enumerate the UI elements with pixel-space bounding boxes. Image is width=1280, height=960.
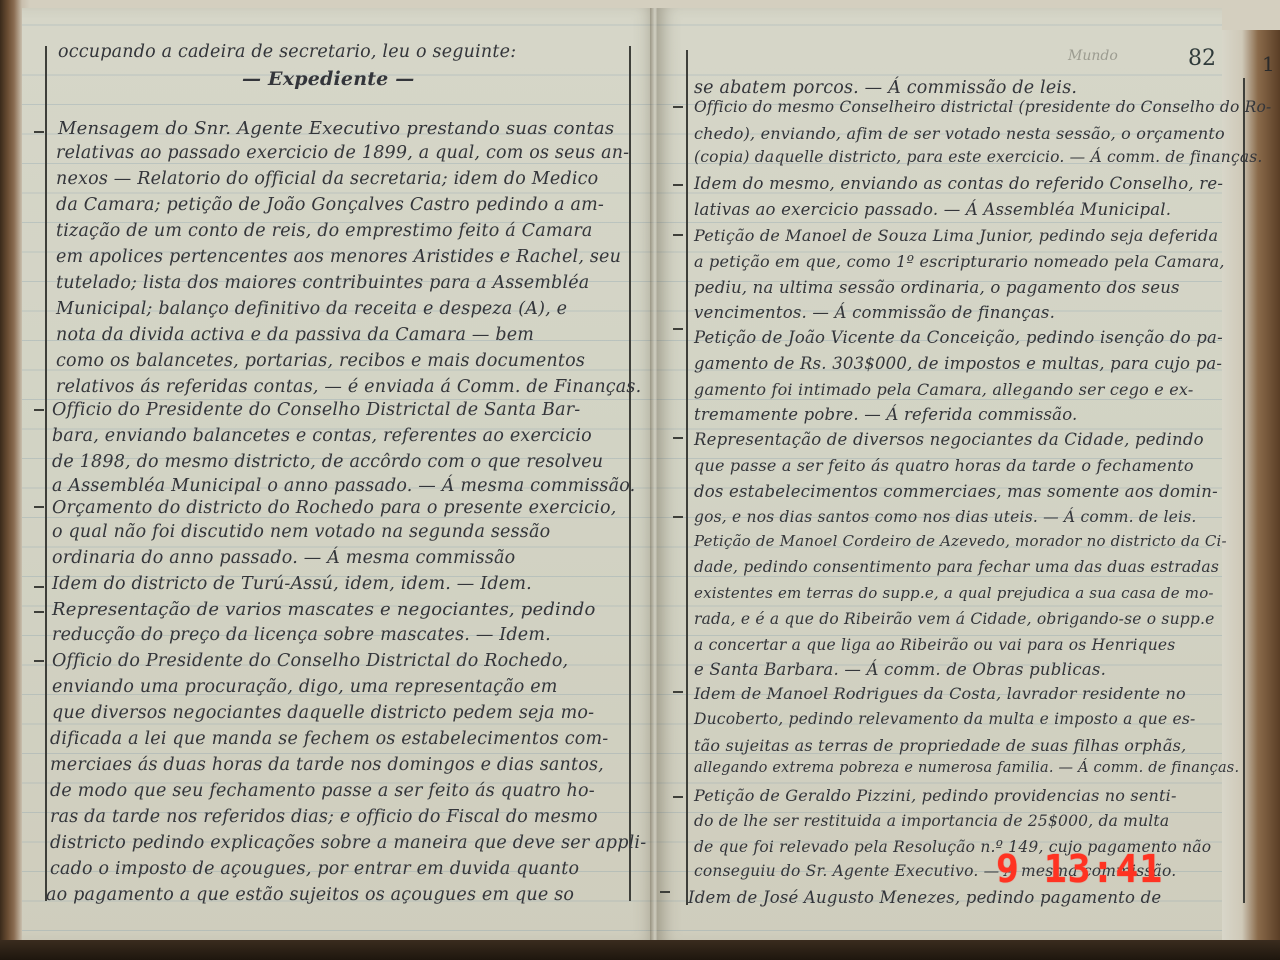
handwritten-line: cado o imposto de açougues, por entrar e…	[50, 859, 579, 879]
handwritten-line: gamento foi intimado pela Camara, allega…	[694, 380, 1193, 399]
handwritten-line: Officio do Presidente do Conselho Distri…	[52, 400, 580, 420]
handwritten-line: reducção do preço da licença sobre masca…	[52, 625, 551, 645]
left-margin-rule	[686, 50, 688, 905]
handwritten-line: enviando uma procuração, digo, uma repre…	[52, 677, 558, 697]
handwritten-line: Officio do Presidente do Conselho Distri…	[52, 651, 568, 671]
handwritten-line: Officio do mesmo Conselheiro districtal …	[694, 98, 1271, 116]
handwritten-line: existentes em terras do supp.e, a qual p…	[694, 584, 1214, 602]
handwritten-line: tão sujeitas as terras de propriedade de…	[694, 736, 1186, 755]
handwritten-line: dade, pedindo consentimento para fechar …	[694, 558, 1219, 576]
left-margin-rule	[45, 46, 47, 901]
handwritten-line: de modo que seu fechamento passe a ser f…	[50, 781, 595, 801]
entry-marker	[34, 611, 44, 613]
entry-marker	[34, 409, 44, 411]
handwritten-line: relativos ás referidas contas, — é envia…	[56, 377, 641, 397]
handwritten-line: Ducoberto, pedindo relevamento da multa …	[694, 710, 1195, 728]
handwritten-line: Representação de varios mascates e negoc…	[52, 599, 596, 620]
handwritten-line: rada, e é a que do Ribeirão vem á Cidade…	[694, 610, 1215, 628]
handwritten-line: tremamente pobre. — Á referida commissão…	[694, 405, 1078, 424]
handwritten-line: nota da divida activa e da passiva da Ca…	[56, 325, 534, 345]
handwritten-line: lativas ao exercicio passado. — Á Assemb…	[694, 200, 1171, 219]
handwritten-line: a Assembléa Municipal o anno passado. — …	[52, 476, 635, 496]
entry-marker	[34, 131, 44, 133]
handwritten-line: Municipal; balanço definitivo da receita…	[56, 299, 567, 319]
handwritten-line: bara, enviando balancetes e contas, refe…	[52, 426, 592, 446]
handwritten-line: a petição em que, como 1º escripturario …	[694, 252, 1225, 271]
handwritten-line: em apolices pertencentes aos menores Ari…	[56, 247, 621, 267]
open-ledger-book: Mundo 82 1 occupando a cadeira de secret…	[0, 0, 1280, 960]
handwritten-line: ras da tarde nos referidos dias; e offic…	[50, 807, 598, 827]
pencil-annotation: Mundo	[1068, 48, 1118, 64]
handwritten-line: ordinaria do anno passado. — Á mesma com…	[52, 548, 515, 568]
entry-marker	[673, 796, 683, 798]
entry-marker	[673, 691, 683, 693]
handwritten-line: Petição de Manoel Cordeiro de Azevedo, m…	[694, 532, 1227, 550]
handwritten-line: relativas ao passado exercicio de 1899, …	[56, 143, 629, 163]
entry-marker	[673, 437, 683, 439]
handwritten-line: ao pagamento a que estão sujeitos os aço…	[46, 885, 574, 905]
handwritten-line: que diversos negociantes daquelle distri…	[52, 703, 594, 723]
entry-marker	[673, 328, 683, 330]
handwritten-line: tutelado; lista dos maiores contribuinte…	[56, 273, 589, 293]
handwritten-line: Orçamento do districto do Rochedo para o…	[52, 498, 616, 518]
handwritten-line: Mensagem do Snr. Agente Executivo presta…	[58, 118, 614, 139]
page-edges	[1222, 30, 1280, 950]
entry-marker	[34, 660, 44, 662]
entry-marker	[660, 891, 670, 893]
handwritten-line: dos estabelecimentos commerciaes, mas so…	[694, 482, 1218, 501]
handwritten-line: e Santa Barbara. — Á comm. de Obras publ…	[694, 660, 1106, 679]
handwritten-line: Petição de Manoel de Souza Lima Junior, …	[694, 226, 1218, 245]
entry-marker	[34, 586, 44, 588]
entry-marker	[673, 234, 683, 236]
handwritten-line: Idem do districto de Turú-Assú, idem, id…	[52, 574, 532, 594]
handwritten-line: o qual não foi discutido nem votado na s…	[52, 522, 550, 542]
handwritten-line: tização de um conto de reis, do empresti…	[56, 221, 593, 241]
entry-marker	[34, 506, 44, 508]
entry-marker	[673, 184, 683, 186]
handwritten-line: (copia) daquelle districto, para este ex…	[694, 148, 1263, 166]
handwritten-line: merciaes ás duas horas da tarde nos domi…	[50, 755, 604, 775]
handwritten-line: Idem do mesmo, enviando as contas do ref…	[694, 174, 1223, 193]
right-margin-rule	[629, 46, 631, 901]
handwritten-line: Petição de Geraldo Pizzini, pedindo prov…	[694, 786, 1177, 805]
handwritten-line: se abatem porcos. — Á commissão de leis.	[694, 78, 1077, 98]
next-leaf-number: 1	[1262, 52, 1275, 76]
handwritten-line: gos, e nos dias santos como nos dias ute…	[694, 508, 1197, 526]
handwritten-line: dificada a lei que manda se fechem os es…	[50, 729, 608, 749]
handwritten-line: da Camara; petição de João Gonçalves Cas…	[56, 195, 604, 215]
handwritten-line: de 1898, do mesmo districto, de accôrdo …	[52, 452, 603, 472]
camera-timestamp-overlay: 9 13:41	[996, 847, 1163, 891]
handwritten-line: que passe a ser feito ás quatro horas da…	[694, 456, 1194, 475]
book-bottom-edge	[0, 940, 1280, 960]
page-number: 82	[1188, 46, 1216, 71]
handwritten-line: vencimentos. — Á commissão de finanças.	[694, 303, 1055, 322]
section-heading: — Expediente —	[242, 68, 414, 90]
handwritten-line: como os balancetes, portarias, recibos e…	[56, 351, 585, 371]
handwritten-line: Representação de diversos negociantes da…	[694, 430, 1204, 449]
handwritten-line: pediu, na ultima sessão ordinaria, o pag…	[694, 278, 1180, 297]
handwritten-line: a concertar a que liga ao Ribeirão ou va…	[694, 636, 1175, 654]
handwritten-line: nexos — Relatorio do official da secreta…	[56, 169, 598, 189]
handwritten-line: allegando extrema pobreza e numerosa fam…	[694, 760, 1239, 776]
handwritten-line: Idem de Manoel Rodrigues da Costa, lavra…	[694, 684, 1186, 703]
right-margin-rule	[1243, 78, 1245, 903]
handwritten-line: occupando a cadeira de secretario, leu o…	[58, 42, 516, 62]
handwritten-line: gamento de Rs. 303$000, de impostos e mu…	[694, 354, 1222, 373]
handwritten-line: districto pedindo explicações sobre a ma…	[50, 833, 646, 853]
handwritten-line: Petição de João Vicente da Conceição, pe…	[694, 328, 1223, 347]
handwritten-line: chedo), enviando, afim de ser votado nes…	[694, 124, 1225, 143]
entry-marker	[673, 516, 683, 518]
handwritten-line: do de lhe ser restituida a importancia d…	[694, 812, 1169, 830]
entry-marker	[673, 106, 683, 108]
